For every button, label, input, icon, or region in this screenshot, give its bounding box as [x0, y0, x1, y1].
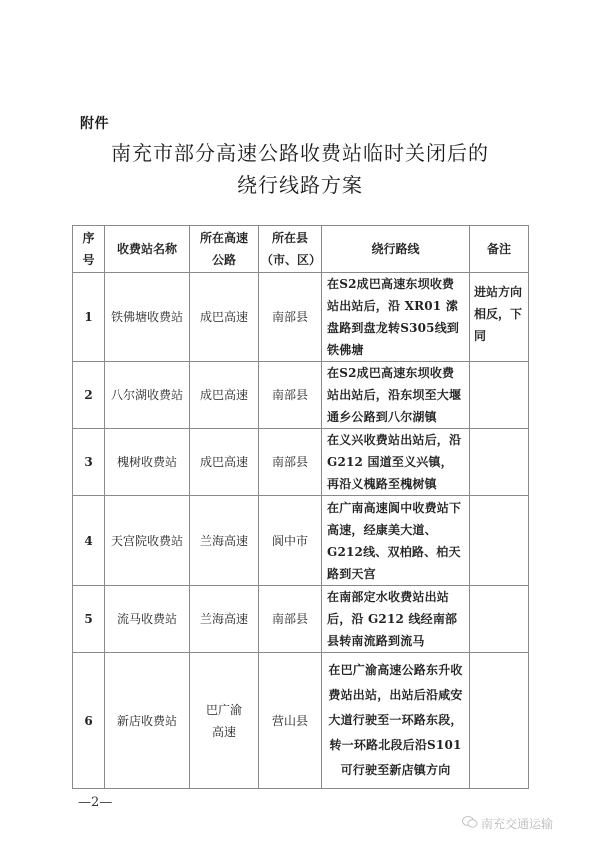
cell-station: 天宫院收费站 — [105, 496, 190, 586]
cell-remark: 进站方向相反，下同 — [470, 273, 529, 362]
cell-seq: 4 — [73, 496, 105, 586]
cell-seq: 1 — [73, 273, 105, 362]
header-route: 绕行路线 — [322, 226, 470, 273]
watermark: 南充交通运输 — [462, 815, 553, 832]
cell-route: 在巴广渝高速公路东升收费站出站，出站后沿咸安大道行驶至一环路东段，转一环路北段后… — [322, 653, 470, 789]
table-row: 4 天宫院收费站 兰海高速 阆中市 在广南高速阆中收费站下高速，经康美大道、G2… — [73, 496, 529, 586]
attachment-label: 附件 — [80, 113, 109, 133]
header-highway: 所在高速公路 — [190, 226, 259, 273]
page-number: —2— — [78, 795, 112, 810]
cell-remark — [470, 362, 529, 429]
cell-station: 铁佛塘收费站 — [105, 273, 190, 362]
cell-county: 南部县 — [259, 362, 322, 429]
table-row: 5 流马收费站 兰海高速 南部县 在南部定水收费站出站后，沿 G212 线经南部… — [73, 586, 529, 653]
cell-county: 南部县 — [259, 273, 322, 362]
watermark-text: 南充交通运输 — [481, 815, 553, 832]
cell-seq: 2 — [73, 362, 105, 429]
cell-route: 在S2成巴高速东坝收费站出站后，沿东坝至大堰通乡公路到八尔湖镇 — [322, 362, 470, 429]
table-row: 3 槐树收费站 成巴高速 南部县 在义兴收费站出站后，沿G212 国道至义兴镇，… — [73, 429, 529, 496]
cell-station: 新店收费站 — [105, 653, 190, 789]
cell-station: 槐树收费站 — [105, 429, 190, 496]
cell-highway: 巴广渝高速 — [190, 653, 259, 789]
cell-station: 八尔湖收费站 — [105, 362, 190, 429]
cell-county: 营山县 — [259, 653, 322, 789]
header-county: 所在县（市、区） — [259, 226, 322, 273]
table-row: 6 新店收费站 巴广渝高速 营山县 在巴广渝高速公路东升收费站出站，出站后沿咸安… — [73, 653, 529, 789]
cell-seq: 6 — [73, 653, 105, 789]
document-title-line2: 绕行线路方案 — [0, 169, 600, 198]
cell-county: 南部县 — [259, 429, 322, 496]
cell-remark — [470, 496, 529, 586]
cell-county: 阆中市 — [259, 496, 322, 586]
document-title-line1: 南充市部分高速公路收费站临时关闭后的 — [0, 137, 600, 166]
header-station: 收费站名称 — [105, 226, 190, 273]
cell-highway: 成巴高速 — [190, 362, 259, 429]
detour-routes-table: 序号 收费站名称 所在高速公路 所在县（市、区） 绕行路线 备注 1 铁佛塘收费… — [72, 225, 529, 789]
wechat-icon — [462, 815, 478, 832]
cell-remark — [470, 653, 529, 789]
cell-remark — [470, 586, 529, 653]
cell-remark — [470, 429, 529, 496]
cell-route: 在义兴收费站出站后，沿G212 国道至义兴镇，再沿义槐路至槐树镇 — [322, 429, 470, 496]
cell-route: 在南部定水收费站出站后，沿 G212 线经南部县转南流路到流马 — [322, 586, 470, 653]
cell-county: 南部县 — [259, 586, 322, 653]
cell-highway: 兰海高速 — [190, 586, 259, 653]
cell-route: 在广南高速阆中收费站下高速，经康美大道、G212线、双柏路、柏天路到天宫 — [322, 496, 470, 586]
cell-highway: 成巴高速 — [190, 429, 259, 496]
table-row: 2 八尔湖收费站 成巴高速 南部县 在S2成巴高速东坝收费站出站后，沿东坝至大堰… — [73, 362, 529, 429]
cell-route: 在S2成巴高速东坝收费站出站后，沿 XR01 溹盘路到盘龙转S305线到铁佛塘 — [322, 273, 470, 362]
cell-seq: 5 — [73, 586, 105, 653]
header-remark: 备注 — [470, 226, 529, 273]
table-header-row: 序号 收费站名称 所在高速公路 所在县（市、区） 绕行路线 备注 — [73, 226, 529, 273]
cell-seq: 3 — [73, 429, 105, 496]
cell-highway: 兰海高速 — [190, 496, 259, 586]
cell-highway: 成巴高速 — [190, 273, 259, 362]
header-seq: 序号 — [73, 226, 105, 273]
cell-station: 流马收费站 — [105, 586, 190, 653]
table-row: 1 铁佛塘收费站 成巴高速 南部县 在S2成巴高速东坝收费站出站后，沿 XR01… — [73, 273, 529, 362]
